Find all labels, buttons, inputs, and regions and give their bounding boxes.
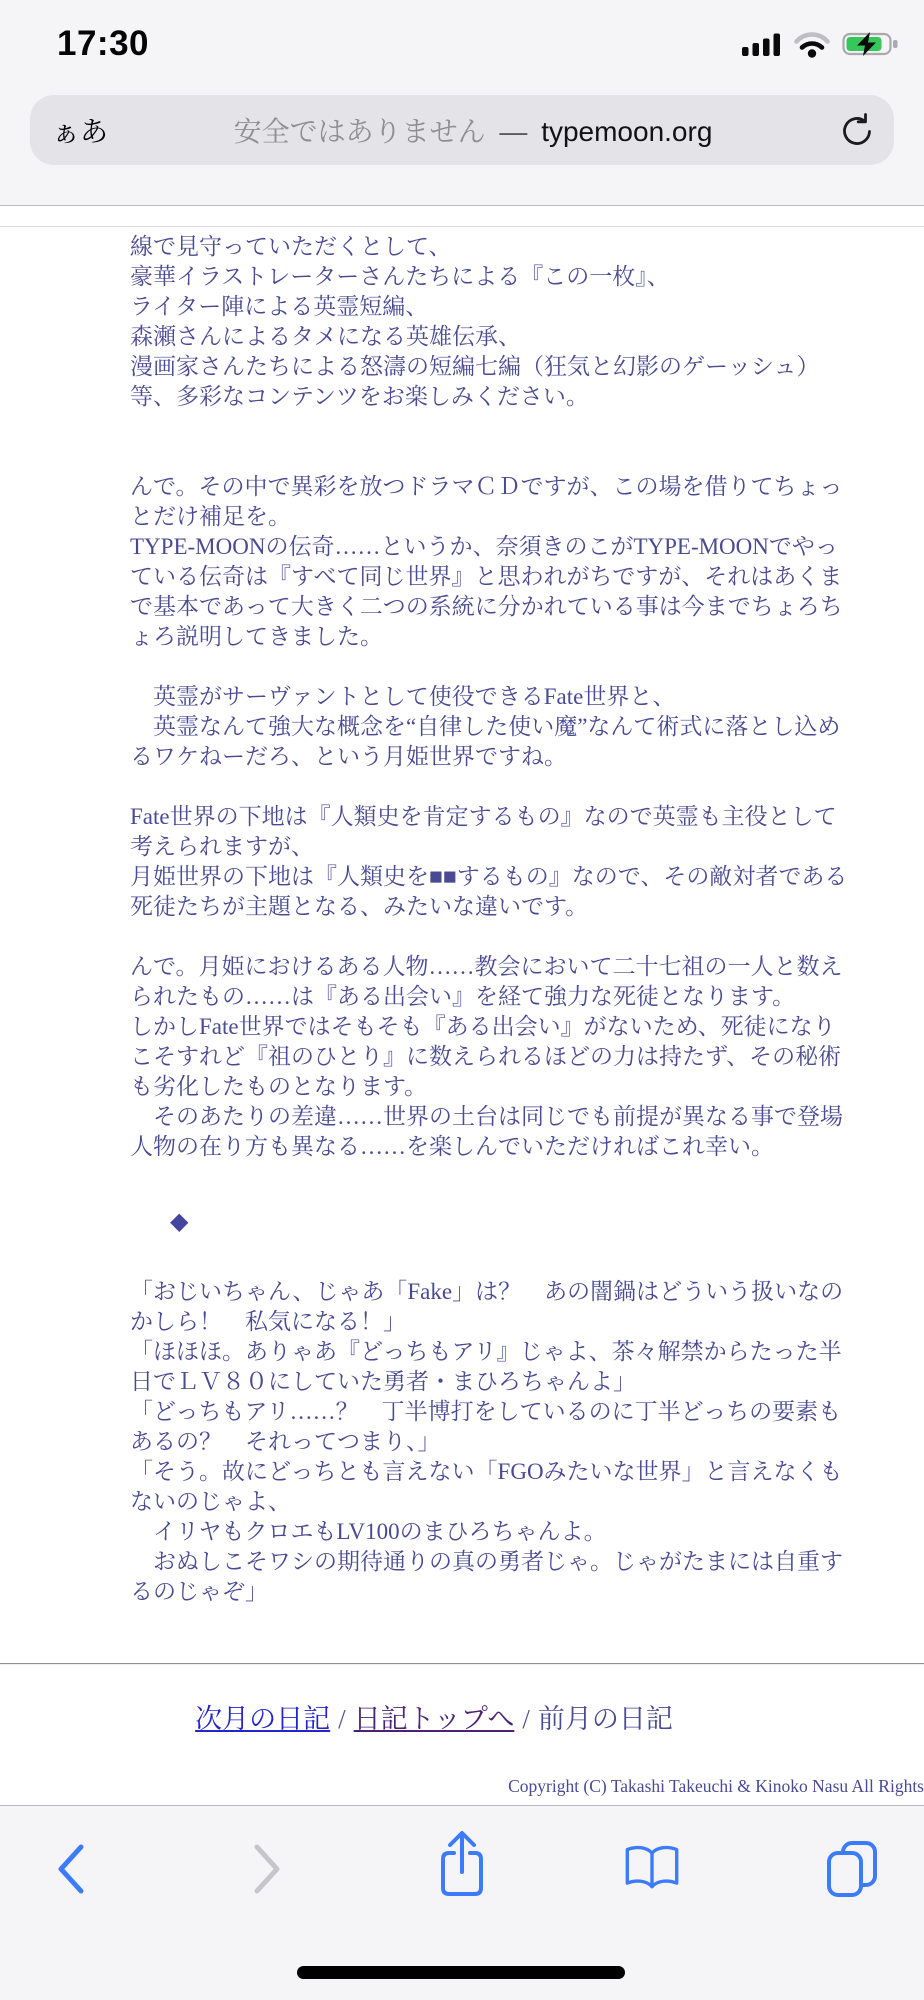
diary-text-line: おぬしこそワシの期待通りの真の勇者じゃ。じゃがたまには自重す	[130, 1547, 850, 1577]
diary-text-line: 「そう。故にどっちとも言えない「FGOみたいな世界」と言えなくも	[130, 1457, 850, 1487]
partial-horizontal-rule	[0, 226, 924, 227]
diary-text-line: 「おじいちゃん、じゃあ「Fake」は？ あの闇鍋はどういう扱いなの	[130, 1277, 850, 1307]
diary-text-line: んで。月姫におけるある人物……教会において二十七祖の一人と数え	[130, 952, 850, 982]
share-button[interactable]	[432, 1832, 492, 1894]
reload-icon	[839, 111, 875, 149]
diary-text-line: 漫画家さんたちによる怒濤の短編七編（狂気と幻影のゲーッシュ）	[130, 352, 850, 382]
battery-charging-icon	[842, 30, 902, 63]
forward-chevron-icon	[251, 1842, 285, 1896]
diary-text-line: あるの？ それってつまり、」	[130, 1427, 850, 1457]
diary-text-line: Fate世界の下地は『人類史を肯定するもの』なので英霊も主役として	[130, 802, 850, 832]
not-secure-label: 安全ではありません	[234, 116, 486, 147]
diary-text-line: しかしFate世界ではそもそも『ある出会い』がないため、死徒になり	[130, 1012, 850, 1042]
reload-button[interactable]	[838, 110, 876, 150]
cellular-signal-icon	[742, 31, 782, 62]
diary-text-line: かしら！ 私気になる！」	[130, 1307, 850, 1337]
address-bar-title: 安全ではありません — typemoon.org	[108, 110, 838, 150]
back-chevron-icon	[53, 1842, 87, 1896]
status-bar-time: 17:30	[57, 24, 149, 64]
diary-text-line: そのあたりの差違……世界の土台は同じでも前提が異なる事で登場	[130, 1102, 850, 1132]
diary-text-line: ライター陣による英霊短編、	[130, 292, 850, 322]
section-divider-diamond: ◆	[130, 1207, 850, 1237]
diary-text-line: ょろ説明してきました。	[130, 622, 850, 652]
diary-text-line: 日でＬＶ８０にしていた勇者・まひろちゃんよ」	[130, 1367, 850, 1397]
copyright-text: Copyright (C) Takashi Takeuchi & Kinoko …	[0, 1776, 924, 1797]
address-bar[interactable]: ぁあ 安全ではありません — typemoon.org	[30, 95, 894, 165]
diary-text-line: 考えられますが、	[130, 832, 850, 862]
footer-horizontal-rule	[0, 1663, 924, 1665]
diary-text-line: 人物の在り方も異なる……を楽しんでいただければこれ幸い。	[130, 1132, 850, 1162]
diary-text-line: 「ほほほ。ありゃあ『どっちもアリ』じゃよ、茶々解禁からたった半	[130, 1337, 850, 1367]
diary-text-line: 「どっちもアリ……？ 丁半博打をしているのに丁半どっちの要素も	[130, 1397, 850, 1427]
diary-text-line: 等、多彩なコンテンツをお楽しみください。	[130, 382, 850, 412]
wifi-icon	[793, 30, 831, 63]
diary-text-line: るワケねーだろ、という月姫世界ですね。	[130, 742, 850, 772]
diary-text-line: 英霊がサーヴァントとして使役できるFate世界と、	[130, 682, 850, 712]
diary-text-line: んで。その中で異彩を放つドラマＣＤですが、この場を借りてちょっ	[130, 472, 850, 502]
reader-text-size-button[interactable]: ぁあ	[52, 110, 108, 150]
title-separator: —	[493, 116, 533, 147]
home-indicator[interactable]	[297, 1966, 625, 1979]
diary-text-line: TYPE-MOONの伝奇……というか、奈須きのこがTYPE-MOONでやっ	[130, 532, 850, 562]
diary-text-line: 線で見守っていただくとして、	[130, 232, 850, 262]
forward-button[interactable]	[238, 1838, 298, 1900]
paragraph-gap	[130, 772, 850, 802]
next-month-diary-link[interactable]: 次月の日記	[195, 1704, 330, 1734]
paragraph-gap	[130, 1162, 850, 1207]
diary-text-line: も劣化したものとなります。	[130, 1072, 850, 1102]
open-book-icon	[622, 1841, 682, 1897]
diary-text-line: とだけ補足を。	[130, 502, 850, 532]
diary-text-line: ないのじゃよ、	[130, 1487, 850, 1517]
diary-text-line: で基本であって大きく二つの系統に分かれている事は今までちょろち	[130, 592, 850, 622]
tabs-icon	[823, 1838, 881, 1900]
diary-text-line: 死徒たちが主題となる、みたいな違いです。	[130, 892, 850, 922]
link-separator: /	[330, 1704, 354, 1734]
paragraph-gap	[130, 412, 850, 472]
diary-text-line: イリヤもクロエもLV100のまひろちゃんよ。	[130, 1517, 850, 1547]
link-separator: /	[514, 1704, 538, 1734]
status-bar-icons	[742, 30, 902, 63]
paragraph-gap	[130, 652, 850, 682]
diary-text-line: 英霊なんて強大な概念を“自律した使い魔”なんて術式に落とし込め	[130, 712, 850, 742]
diary-text-line: られたもの……は『ある出会い』を経て強力な死徒となります。	[130, 982, 850, 1012]
diary-top-link[interactable]: 日記トップへ	[354, 1704, 515, 1734]
share-icon	[433, 1826, 491, 1900]
diary-nav-links: 次月の日記/日記トップへ/前月の日記	[0, 1697, 868, 1736]
diary-text-line: ている伝奇は『すべて同じ世界』と思われがちですが、それはあくま	[130, 562, 850, 592]
diary-text-body: 線で見守っていただくとして、豪華イラストレーターさんたちによる『この一枚』、ライ…	[130, 232, 850, 1607]
domain-label: typemoon.org	[541, 116, 712, 147]
paragraph-gap	[130, 1237, 850, 1277]
diary-text-line: 森瀬さんによるタメになる英雄伝承、	[130, 322, 850, 352]
diary-text-line: こそすれど『祖のひとり』に数えられるほどの力は持たず、その秘術	[130, 1042, 850, 1072]
back-button[interactable]	[40, 1838, 100, 1900]
previous-month-diary-text: 前月の日記	[538, 1704, 673, 1734]
tabs-button[interactable]	[822, 1838, 882, 1900]
diary-text-line: るのじゃぞ」	[130, 1577, 850, 1607]
paragraph-gap	[130, 922, 850, 952]
bookmarks-button[interactable]	[622, 1838, 682, 1900]
diary-text-line: 豪華イラストレーターさんたちによる『この一枚』、	[130, 262, 850, 292]
safari-top-chrome: 17:30 ぁあ	[0, 0, 924, 206]
diary-text-line: 月姫世界の下地は『人類史を■■するもの』なので、その敵対者である	[130, 862, 850, 892]
